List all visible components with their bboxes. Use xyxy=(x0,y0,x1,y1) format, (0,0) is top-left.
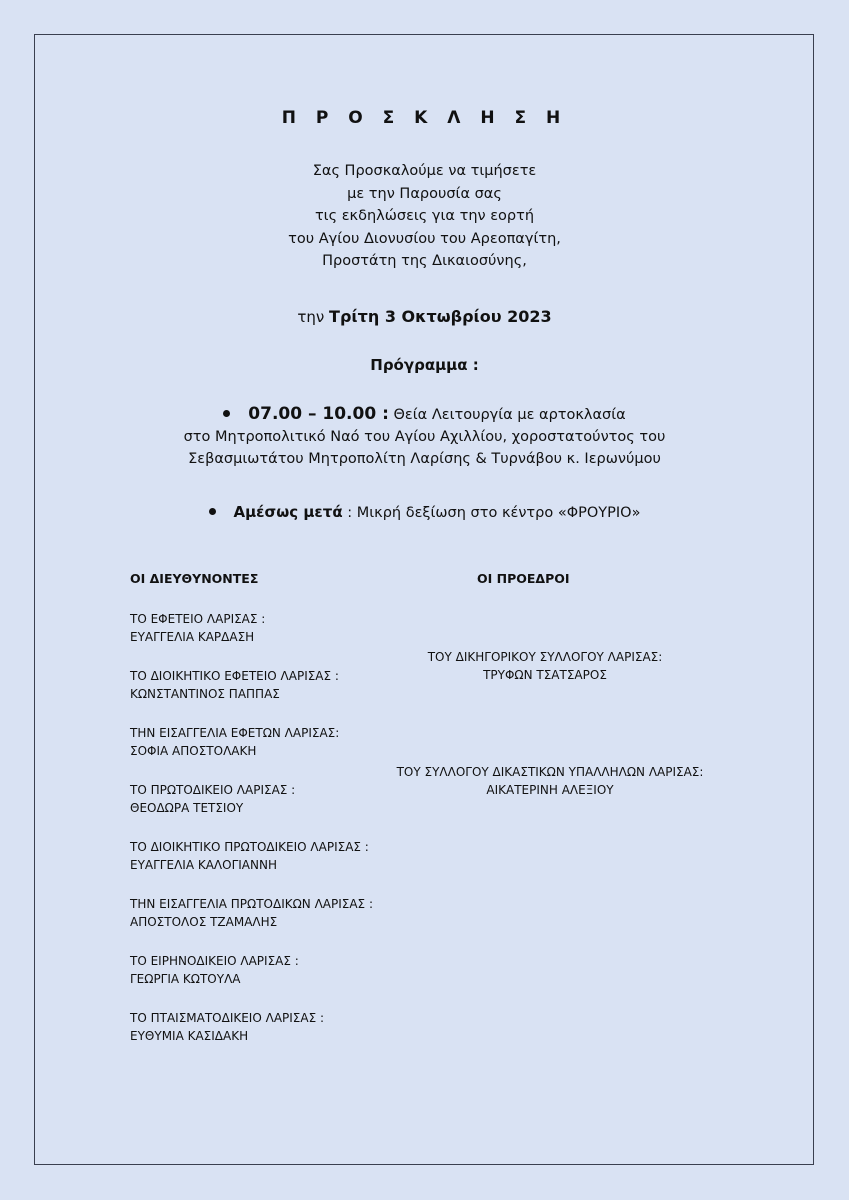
signatory-name: ΚΩΝΣΤΑΝΤΙΝΟΣ ΠΑΠΠΑΣ xyxy=(130,685,339,703)
bullet-icon xyxy=(223,410,230,417)
signatory-org: ΤΟ ΠΤΑΙΣΜΑΤΟΔΙΚΕΙΟ ΛΑΡΙΣΑΣ : xyxy=(130,1009,324,1027)
left-column-heading: ΟΙ ΔΙΕΥΘΥΝΟΝΤΕΣ xyxy=(130,571,258,586)
signatory-entry: ΤΟ ΕΙΡΗΝΟΔΙΚΕΙΟ ΛΑΡΙΣΑΣ : ΓΕΩΡΓΙΑ ΚΩΤΟΥΛ… xyxy=(130,952,299,988)
program-time: Αμέσως μετά xyxy=(234,503,343,521)
right-column-heading: ΟΙ ΠΡΟΕΔΡΟΙ xyxy=(477,571,570,586)
invitation-text: Σας Προσκαλούμε να τιμήσετε με την Παρου… xyxy=(0,160,849,273)
intro-line: του Αγίου Διονυσίου του Αρεοπαγίτη, xyxy=(0,228,849,251)
president-name: ΑΙΚΑΤΕΡΙΝΗ ΑΛΕΞΙΟΥ xyxy=(360,781,740,799)
signatory-entry: ΤΗΝ ΕΙΣΑΓΓΕΛΙΑ ΕΦΕΤΩΝ ΛΑΡΙΣΑΣ: ΣΟΦΙΑ ΑΠΟ… xyxy=(130,724,339,760)
president-entry: ΤΟΥ ΣΥΛΛΟΓΟΥ ΔΙΚΑΣΤΙΚΩΝ ΥΠΑΛΛΗΛΩΝ ΛΑΡΙΣΑ… xyxy=(360,763,740,799)
signatory-name: ΕΥΘΥΜΙΑ ΚΑΣΙΔΑΚΗ xyxy=(130,1027,324,1045)
signatory-org: ΤΟ ΔΙΟΙΚΗΤΙΚΟ ΠΡΩΤΟΔΙΚΕΙΟ ΛΑΡΙΣΑΣ : xyxy=(130,838,369,856)
program-text: Θεία Λειτουργία με αρτοκλασία xyxy=(394,407,626,423)
signatory-org: ΤΗΝ ΕΙΣΑΓΓΕΛΙΑ ΠΡΩΤΟΔΙΚΩΝ ΛΑΡΙΣΑΣ : xyxy=(130,895,373,913)
bullet-icon xyxy=(209,508,216,515)
signatory-org: ΤΟ ΠΡΩΤΟΔΙΚΕΙΟ ΛΑΡΙΣΑΣ : xyxy=(130,781,295,799)
intro-line: με την Παρουσία σας xyxy=(0,183,849,206)
signatory-entry: ΤΗΝ ΕΙΣΑΓΓΕΛΙΑ ΠΡΩΤΟΔΙΚΩΝ ΛΑΡΙΣΑΣ : ΑΠΟΣ… xyxy=(130,895,373,931)
program-text: : Μικρή δεξίωση στο κέντρο «ΦΡΟΥΡΙΟ» xyxy=(343,505,641,521)
event-date: την Τρίτη 3 Οκτωβρίου 2023 xyxy=(0,307,849,326)
signatory-entry: ΤΟ ΔΙΟΙΚΗΤΙΚΟ ΠΡΩΤΟΔΙΚΕΙΟ ΛΑΡΙΣΑΣ : ΕΥΑΓ… xyxy=(130,838,369,874)
signatory-org: ΤΟ ΕΦΕΤΕΙΟ ΛΑΡΙΣΑΣ : xyxy=(130,610,265,628)
signatory-org: ΤΟ ΕΙΡΗΝΟΔΙΚΕΙΟ ΛΑΡΙΣΑΣ : xyxy=(130,952,299,970)
program-item: Αμέσως μετά : Μικρή δεξίωση στο κέντρο «… xyxy=(0,503,849,521)
signatory-entry: ΤΟ ΕΦΕΤΕΙΟ ΛΑΡΙΣΑΣ : ΕΥΑΓΓΕΛΙΑ ΚΑΡΔΑΣΗ xyxy=(130,610,265,646)
intro-line: Σας Προσκαλούμε να τιμήσετε xyxy=(0,160,849,183)
program-text: στο Μητροπολιτικό Ναό του Αγίου Αχιλλίου… xyxy=(0,426,849,448)
program-label: Πρόγραμμα : xyxy=(0,356,849,374)
president-name: ΤΡΥΦΩΝ ΤΣΑΤΣΑΡΟΣ xyxy=(380,666,710,684)
signatory-name: ΕΥΑΓΓΕΛΙΑ ΚΑΛΟΓΙΑΝΝΗ xyxy=(130,856,369,874)
signatory-org: ΤΟ ΔΙΟΙΚΗΤΙΚΟ ΕΦΕΤΕΙΟ ΛΑΡΙΣΑΣ : xyxy=(130,667,339,685)
signatory-name: ΣΟΦΙΑ ΑΠΟΣΤΟΛΑΚΗ xyxy=(130,742,339,760)
program-item: 07.00 – 10.00 : Θεία Λειτουργία με αρτοκ… xyxy=(0,403,849,470)
intro-line: Προστάτη της Δικαιοσύνης, xyxy=(0,250,849,273)
signatory-name: ΘΕΟΔΩΡΑ ΤΕΤΣΙΟΥ xyxy=(130,799,295,817)
document-title: Π Ρ Ο Σ Κ Λ Η Σ Η xyxy=(0,108,849,128)
date-value: Τρίτη 3 Οκτωβρίου 2023 xyxy=(329,307,552,326)
signatory-name: ΓΕΩΡΓΙΑ ΚΩΤΟΥΛΑ xyxy=(130,970,299,988)
signatory-name: ΑΠΟΣΤΟΛΟΣ ΤΖΑΜΑΛΗΣ xyxy=(130,913,373,931)
signatory-name: ΕΥΑΓΓΕΛΙΑ ΚΑΡΔΑΣΗ xyxy=(130,628,265,646)
signatory-entry: ΤΟ ΔΙΟΙΚΗΤΙΚΟ ΕΦΕΤΕΙΟ ΛΑΡΙΣΑΣ : ΚΩΝΣΤΑΝΤ… xyxy=(130,667,339,703)
signatory-org: ΤΗΝ ΕΙΣΑΓΓΕΛΙΑ ΕΦΕΤΩΝ ΛΑΡΙΣΑΣ: xyxy=(130,724,339,742)
intro-line: τις εκδηλώσεις για την εορτή xyxy=(0,205,849,228)
signatory-entry: ΤΟ ΠΤΑΙΣΜΑΤΟΔΙΚΕΙΟ ΛΑΡΙΣΑΣ : ΕΥΘΥΜΙΑ ΚΑΣ… xyxy=(130,1009,324,1045)
signatory-entry: ΤΟ ΠΡΩΤΟΔΙΚΕΙΟ ΛΑΡΙΣΑΣ : ΘΕΟΔΩΡΑ ΤΕΤΣΙΟΥ xyxy=(130,781,295,817)
program-time: 07.00 – 10.00 : xyxy=(248,404,389,424)
president-org: ΤΟΥ ΣΥΛΛΟΓΟΥ ΔΙΚΑΣΤΙΚΩΝ ΥΠΑΛΛΗΛΩΝ ΛΑΡΙΣΑ… xyxy=(360,763,740,781)
president-entry: ΤΟΥ ΔΙΚΗΓΟΡΙΚΟΥ ΣΥΛΛΟΓΟΥ ΛΑΡΙΣΑΣ: ΤΡΥΦΩΝ… xyxy=(380,648,710,684)
president-org: ΤΟΥ ΔΙΚΗΓΟΡΙΚΟΥ ΣΥΛΛΟΓΟΥ ΛΑΡΙΣΑΣ: xyxy=(380,648,710,666)
date-prefix: την xyxy=(297,308,324,326)
program-text: Σεβασμιωτάτου Μητροπολίτη Λαρίσης & Τυρν… xyxy=(0,448,849,470)
